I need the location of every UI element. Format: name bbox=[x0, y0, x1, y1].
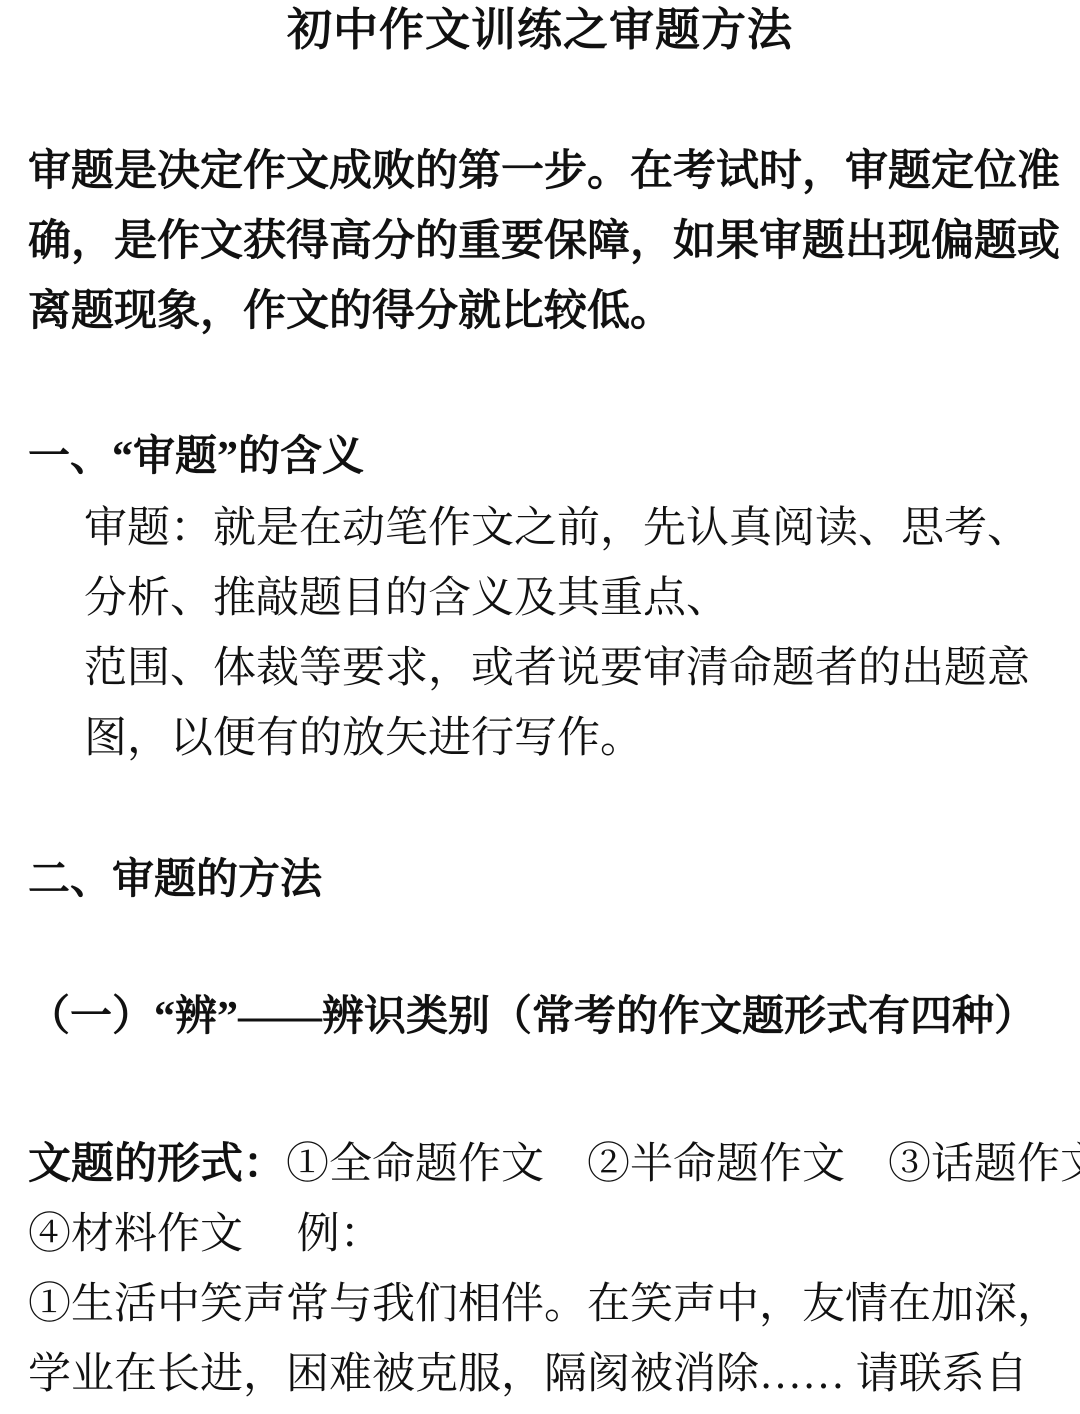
example-line-1: ①生活中笑声常与我们相伴。在笑声中，友情在加深， bbox=[28, 1270, 1052, 1340]
intro-line-1: 审题是决定作文成败的第一步。在考试时，审题定位准 bbox=[28, 137, 1052, 207]
example-line-2: 学业在长进，困难被克服，隔阂被消除…… 请联系自 bbox=[28, 1340, 1052, 1410]
intro-line-3: 离题现象，作文的得分就比较低。 bbox=[28, 277, 1052, 347]
section-2-heading: 二、审题的方法 bbox=[28, 852, 1052, 908]
section-1-body: 审题：就是在动笔作文之前，先认真阅读、思考、 分析、推敲题目的含义及其重点、 范… bbox=[28, 494, 1052, 774]
section-1-body-line-4: 图，以便有的放矢进行写作。 bbox=[84, 704, 1052, 774]
form-types-block: 文题的形式：①全命题作文 ②半命题作文 ③话题作文 ④材料作文 例： ①生活中笑… bbox=[28, 1130, 1052, 1410]
form-types-label: 文题的形式： bbox=[28, 1141, 286, 1188]
form-types-list: ①全命题作文 ②半命题作文 ③话题作文 bbox=[286, 1141, 1080, 1188]
form-types-line: 文题的形式：①全命题作文 ②半命题作文 ③话题作文 bbox=[28, 1130, 1052, 1200]
document-page: 初中作文训练之审题方法 审题是决定作文成败的第一步。在考试时，审题定位准 确，是… bbox=[0, 2, 1080, 1414]
page-title: 初中作文训练之审题方法 bbox=[28, 2, 1052, 58]
section-1-body-line-2: 分析、推敲题目的含义及其重点、 bbox=[84, 564, 1052, 634]
section-2-sub-heading: （一）“辨”——辨识类别（常考的作文题形式有四种） bbox=[28, 989, 1052, 1045]
section-1-heading: 一、“审题”的含义 bbox=[28, 429, 1052, 485]
intro-paragraph: 审题是决定作文成败的第一步。在考试时，审题定位准 确，是作文获得高分的重要保障，… bbox=[28, 137, 1052, 347]
form-types-line-2: ④材料作文 例： bbox=[28, 1200, 1052, 1270]
intro-line-2: 确，是作文获得高分的重要保障，如果审题出现偏题或 bbox=[28, 207, 1052, 277]
section-1-body-line-1: 审题：就是在动笔作文之前，先认真阅读、思考、 bbox=[84, 494, 1052, 564]
section-1-body-line-3: 范围、体裁等要求，或者说要审清命题者的出题意 bbox=[84, 634, 1052, 704]
